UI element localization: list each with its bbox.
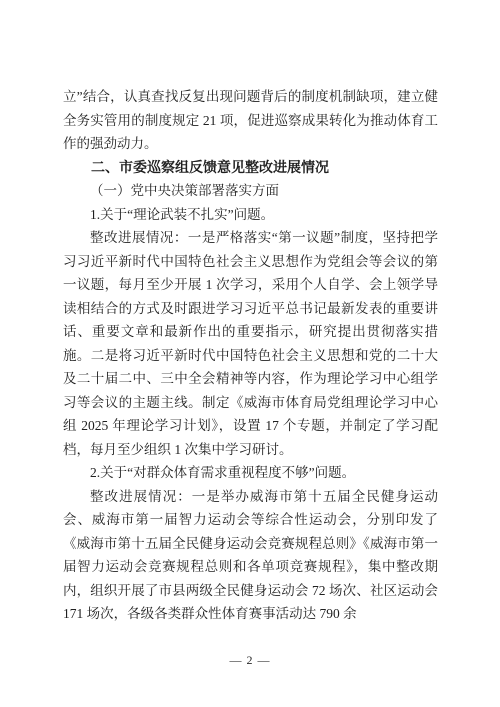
body-paragraph-2: 整改进展情况：一是举办威海市第十五届全民健身运动会、威海市第一届智力运动会等综合…: [63, 485, 438, 626]
page-number: — 2 —: [0, 651, 500, 669]
section-heading: 二、市委巡察组反馈意见整改进展情况: [63, 156, 438, 180]
body-paragraph-1: 整改进展情况：一是严格落实“第一议题”制度，坚持把学习习近平新时代中国特色社会主…: [63, 226, 438, 461]
item-heading-1: 1.关于“理论武装不扎实”问题。: [63, 203, 438, 227]
paragraph-continuation: 立”结合，认真查找反复出现问题背后的制度机制缺项，建立健全务实管用的制度规定 2…: [63, 85, 438, 156]
document-page: 立”结合，认真查找反复出现问题背后的制度机制缺项，建立健全务实管用的制度规定 2…: [0, 0, 500, 707]
subsection-heading: （一）党中央决策部署落实方面: [63, 179, 438, 203]
item-heading-2: 2.关于“对群众体育需求重视程度不够”问题。: [63, 461, 438, 485]
document-body: 立”结合，认真查找反复出现问题背后的制度机制缺项，建立健全务实管用的制度规定 2…: [63, 85, 438, 626]
